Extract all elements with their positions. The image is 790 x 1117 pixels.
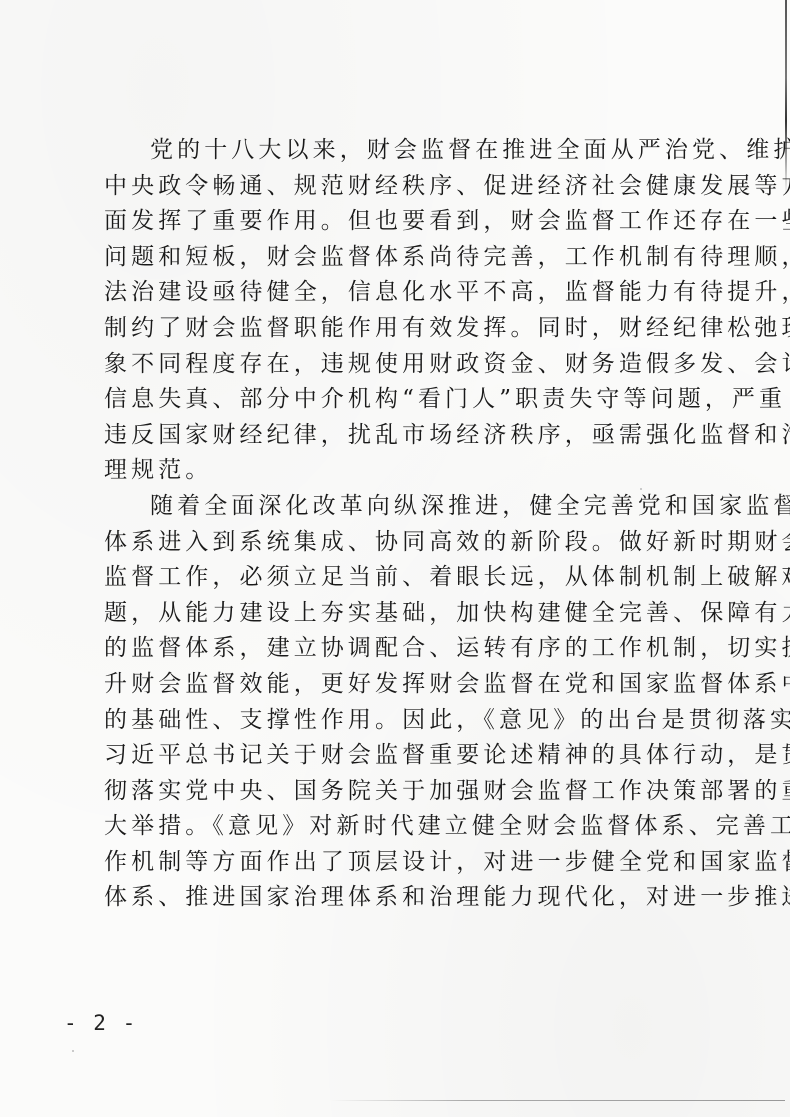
text-line: 体系、推进国家治理体系和治理能力现代化，对进一步推进 bbox=[104, 880, 702, 916]
text-line: 的基础性、支撑性作用。因此，《意见》的出台是贯彻落实 bbox=[104, 703, 702, 739]
text-line: 面发挥了重要作用。但也要看到，财会监督工作还存在一些 bbox=[104, 204, 702, 240]
text-line: 体系进入到系统集成、协同高效的新阶段。做好新时期财会 bbox=[104, 525, 702, 561]
text-line: 象不同程度存在，违规使用财政资金、财务造假多发、会计 bbox=[104, 347, 702, 383]
text-line: 法治建设亟待健全，信息化水平不高，监督能力有待提升， bbox=[104, 275, 702, 311]
paragraph-1: 党的十八大以来，财会监督在推进全面从严治党、维护 中央政令畅通、规范财经秩序、促… bbox=[104, 133, 702, 489]
text-line: 问题和短板，财会监督体系尚待完善，工作机制有待理顺， bbox=[104, 240, 702, 276]
text-line: 监督工作，必须立足当前、着眼长远，从体制机制上破解难 bbox=[104, 560, 702, 596]
text-line: 升财会监督效能，更好发挥财会监督在党和国家监督体系中 bbox=[104, 667, 702, 703]
text-line: 信息失真、部分中介机构“看门人”职责失守等问题，严重 bbox=[104, 382, 702, 418]
text-line: 制约了财会监督职能作用有效发挥。同时，财经纪律松弛现 bbox=[104, 311, 702, 347]
scan-edge-mark bbox=[330, 1100, 785, 1101]
text-line: 大举措。《意见》对新时代建立健全财会监督体系、完善工 bbox=[104, 809, 702, 845]
scan-speck bbox=[72, 1050, 74, 1052]
paragraph-2: 随着全面深化改革向纵深推进，健全完善党和国家监督 体系进入到系统集成、协同高效的… bbox=[104, 489, 702, 916]
text-line: 理规范。 bbox=[104, 453, 702, 489]
text-line: 习近平总书记关于财会监督重要论述精神的具体行动，是贯 bbox=[104, 738, 702, 774]
text-line: 题，从能力建设上夯实基础，加快构建健全完善、保障有力 bbox=[104, 596, 702, 632]
page-number: - 2 - bbox=[64, 1011, 137, 1035]
scan-edge-mark bbox=[785, 0, 787, 195]
text-line: 作机制等方面作出了顶层设计，对进一步健全党和国家监督 bbox=[104, 845, 702, 881]
text-line: 的监督体系，建立协调配合、运转有序的工作机制，切实提 bbox=[104, 631, 702, 667]
text-line: 违反国家财经纪律，扰乱市场经济秩序，亟需强化监督和治 bbox=[104, 418, 702, 454]
text-line: 党的十八大以来，财会监督在推进全面从严治党、维护 bbox=[104, 133, 702, 169]
text-line: 彻落实党中央、国务院关于加强财会监督工作决策部署的重 bbox=[104, 774, 702, 810]
document-page: 党的十八大以来，财会监督在推进全面从严治党、维护 中央政令畅通、规范财经秩序、促… bbox=[0, 0, 790, 1117]
text-line: 中央政令畅通、规范财经秩序、促进经济社会健康发展等方 bbox=[104, 169, 702, 205]
text-line: 随着全面深化改革向纵深推进，健全完善党和国家监督 bbox=[104, 489, 702, 525]
body-text: 党的十八大以来，财会监督在推进全面从严治党、维护 中央政令畅通、规范财经秩序、促… bbox=[104, 133, 702, 916]
